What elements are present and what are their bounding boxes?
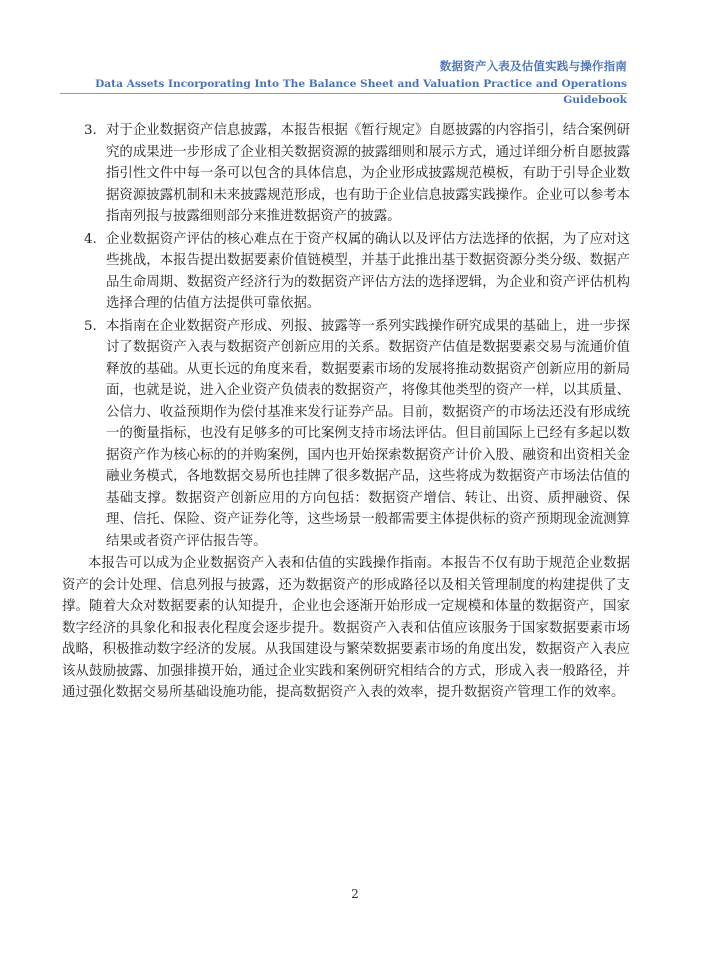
header-title-en: Data Assets Incorporating Into The Balan… bbox=[60, 76, 627, 108]
list-number: 5. bbox=[84, 316, 97, 338]
list-number: 4. bbox=[84, 229, 97, 251]
running-header: 数据资产入表及估值实践与操作指南 Data Assets Incorporati… bbox=[60, 58, 627, 108]
conclusion-paragraph: 本报告可以成为企业数据资产入表和估值的实践操作指南。本报告不仅有助于规范企业数据… bbox=[62, 553, 630, 704]
list-item-3: 3. 对于企业数据资产信息披露，本报告根据《暂行规定》自愿披露的内容指引，结合案… bbox=[84, 120, 630, 228]
list-number: 3. bbox=[84, 120, 97, 142]
page-body: 3. 对于企业数据资产信息披露，本报告根据《暂行规定》自愿披露的内容指引，结合案… bbox=[84, 120, 630, 717]
page-number: 2 bbox=[0, 887, 710, 901]
list-text: 对于企业数据资产信息披露，本报告根据《暂行规定》自愿披露的内容指引，结合案例研究… bbox=[106, 123, 630, 224]
header-title-cn: 数据资产入表及估值实践与操作指南 bbox=[60, 58, 627, 74]
list-item-5: 5. 本指南在企业数据资产形成、列报、披露等一系列实践操作研究成果的基础上，进一… bbox=[84, 316, 630, 553]
list-item-4: 4. 企业数据资产评估的核心难点在于资产权属的确认以及评估方法选择的依据，为了应… bbox=[84, 229, 630, 315]
list-text: 本指南在企业数据资产形成、列报、披露等一系列实践操作研究成果的基础上，进一步探讨… bbox=[106, 319, 630, 549]
list-text: 企业数据资产评估的核心难点在于资产权属的确认以及评估方法选择的依据，为了应对这些… bbox=[106, 232, 630, 312]
header-divider bbox=[60, 93, 627, 94]
